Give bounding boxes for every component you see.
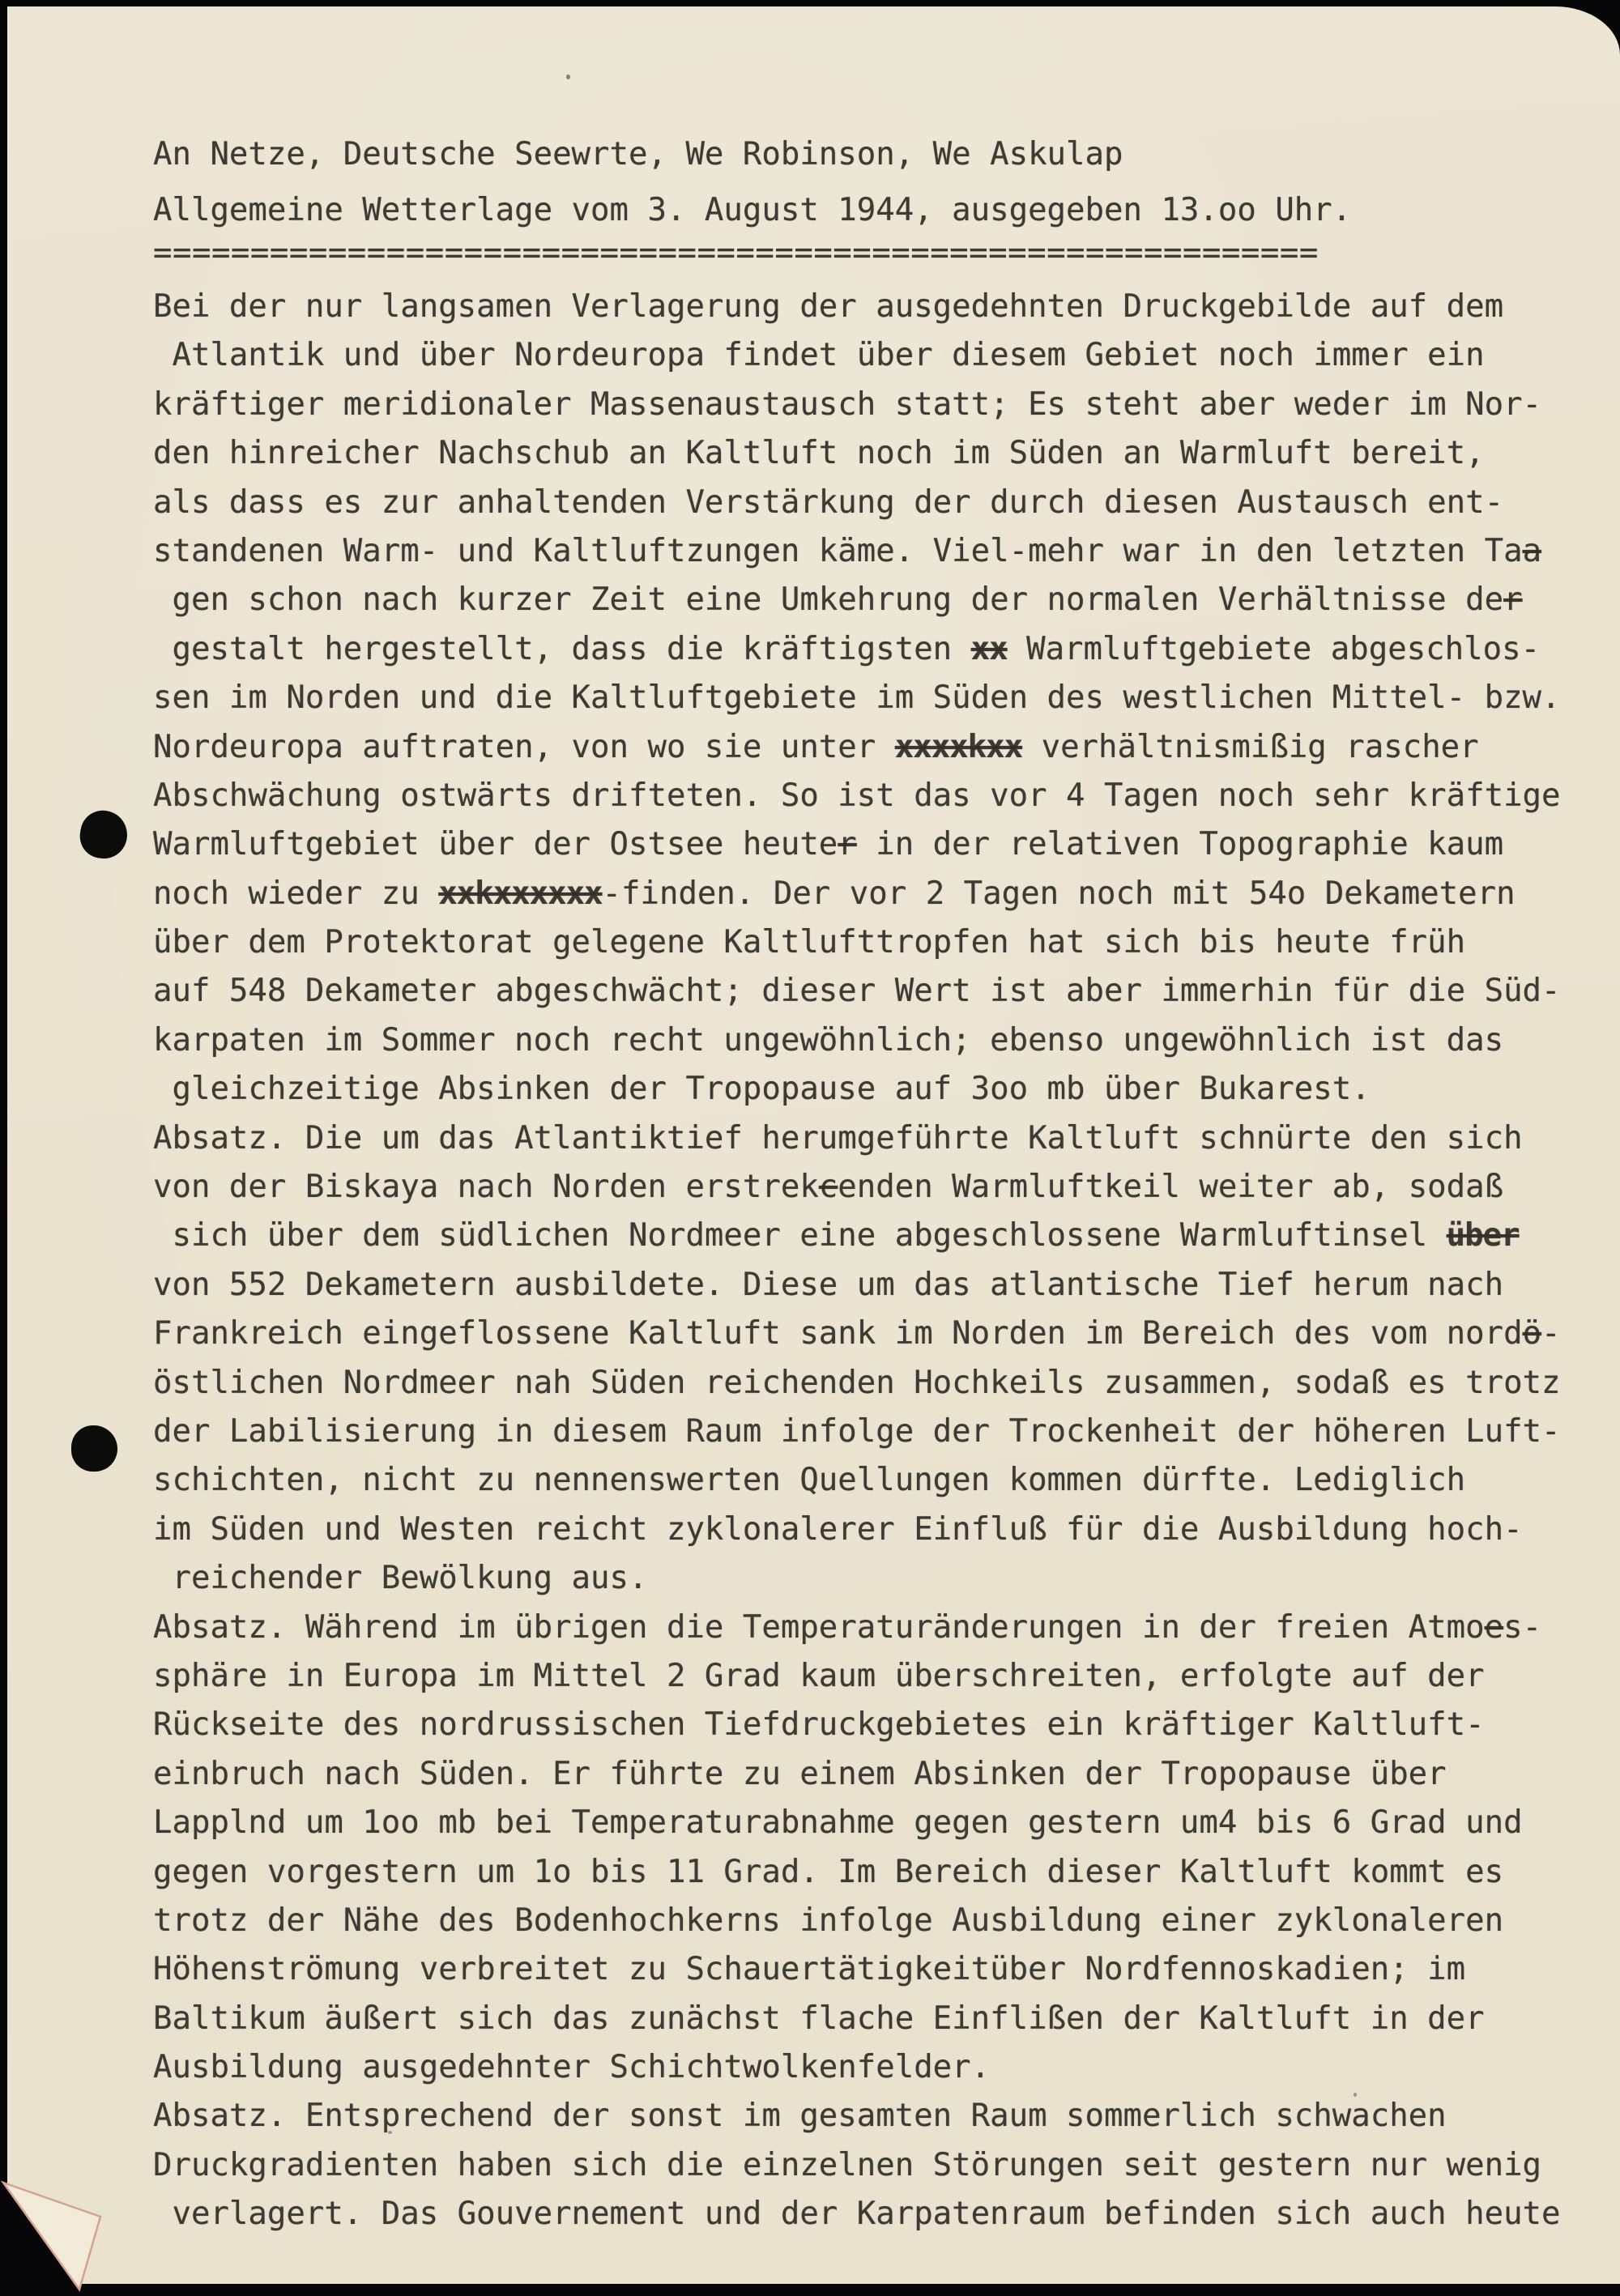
text-line: einbruch nach Süden. Er führte zu einem …	[153, 1750, 1561, 1799]
struck-text: r	[1503, 581, 1522, 618]
recipients-line: An Netze, Deutsche Seewrte, We Robinson,…	[153, 136, 1123, 173]
struck-text: xxkxxxxxx	[438, 875, 602, 912]
text-segment: gen schon nach kurzer Zeit eine Umkehrun…	[153, 581, 1503, 618]
text-segment: gleichzeitige Absinken der Tropopause au…	[153, 1071, 1371, 1107]
text-segment: sich über dem südlichen Nordmeer eine ab…	[153, 1217, 1447, 1254]
text-line: Bei der nur langsamen Verlagerung der au…	[153, 283, 1561, 331]
text-line: gen schon nach kurzer Zeit eine Umkehrun…	[153, 576, 1561, 624]
struck-text: a	[1523, 533, 1541, 569]
paper-sheet: An Netze, Deutsche Seewrte, We Robinson,…	[7, 6, 1620, 2284]
text-segment: auf 548 Dekameter abgeschwächt; dieser W…	[153, 973, 1561, 1009]
text-line: Nordeuropa auftraten, von wo sie unter x…	[153, 723, 1561, 772]
struck-text: über	[1447, 1217, 1520, 1254]
text-line: sphäre in Europa im Mittel 2 Grad kaum ü…	[153, 1652, 1561, 1701]
struck-text: r	[838, 826, 856, 863]
text-segment: verlagert. Das Gouvernement und der Karp…	[153, 2196, 1561, 2232]
text-segment: Baltikum äußert sich das zunächst flache…	[153, 2000, 1485, 2037]
text-segment: Lapplnd um 1oo mb bei Temperaturabnahme …	[153, 1804, 1523, 1841]
text-segment: Rückseite des nordrussischen Tiefdruckge…	[153, 1706, 1485, 1743]
text-segment: Absatz. Entsprechend der sonst im gesamt…	[153, 2098, 1447, 2134]
text-segment: schichten, nicht zu nennenswerten Quellu…	[153, 1462, 1465, 1498]
text-line: Absatz. Während im übrigen die Temperatu…	[153, 1604, 1561, 1652]
text-line: Baltikum äußert sich das zunächst flache…	[153, 1995, 1561, 2043]
text-segment: Warmluftgebiete abgeschlos-	[1008, 631, 1540, 667]
text-segment: Frankreich eingeflossene Kaltluft sank i…	[153, 1315, 1523, 1352]
text-line: Absatz. Die um das Atlantiktief herumgef…	[153, 1114, 1561, 1163]
struck-text: xxxxkxx	[895, 729, 1022, 765]
text-segment: Atlantik und über Nordeuropa findet über…	[153, 337, 1485, 373]
text-line: standenen Warm- und Kaltluftzungen käme.…	[153, 527, 1561, 576]
text-line: Absatz. Entsprechend der sonst im gesamt…	[153, 2092, 1561, 2141]
text-line: als dass es zur anhaltenden Verstärkung …	[153, 479, 1561, 527]
text-segment: Höhenströmung verbreitet zu Schauertätig…	[153, 1951, 1465, 1987]
struck-text: c	[819, 1169, 838, 1205]
text-line: Abschwächung ostwärts drifteten. So ist …	[153, 772, 1561, 820]
text-segment: in der relativen Topographie kaum	[857, 826, 1503, 863]
text-segment: gegen vorgestern um 1o bis 11 Grad. Im B…	[153, 1854, 1503, 1890]
text-segment: s-	[1503, 1609, 1541, 1646]
text-segment: reichender Bewölkung aus.	[153, 1560, 647, 1596]
text-line: sen im Norden und die Kaltluftgebiete im…	[153, 674, 1561, 722]
text-segment: enden Warmluftkeil weiter ab, sodaß	[838, 1169, 1503, 1205]
struck-text: xx	[971, 631, 1008, 667]
text-line: gestalt hergestellt, dass die kräftigste…	[153, 625, 1561, 674]
text-segment: Absatz. Während im übrigen die Temperatu…	[153, 1609, 1485, 1646]
text-segment: karpaten im Sommer noch recht ungewöhnli…	[153, 1022, 1503, 1059]
text-line: trotz der Nähe des Bodenhochkerns infolg…	[153, 1897, 1561, 1945]
punch-hole-bottom	[71, 1425, 117, 1472]
text-line: über dem Protektorat gelegene Kaltlufttr…	[153, 918, 1561, 967]
text-segment: kräftiger meridionaler Massenaustausch s…	[153, 386, 1541, 423]
text-segment: im Süden und Westen reicht zyklonalerer …	[153, 1511, 1523, 1548]
text-segment: der Labilisierung in diesem Raum infolge…	[153, 1413, 1561, 1450]
text-line: gleichzeitige Absinken der Tropopause au…	[153, 1065, 1561, 1114]
text-segment: trotz der Nähe des Bodenhochkerns infolg…	[153, 1902, 1503, 1939]
text-line: auf 548 Dekameter abgeschwächt; dieser W…	[153, 967, 1561, 1016]
text-line: karpaten im Sommer noch recht ungewöhnli…	[153, 1016, 1561, 1065]
document-body: Bei der nur langsamen Verlagerung der au…	[153, 283, 1561, 2239]
text-segment: noch wieder zu	[153, 875, 438, 912]
text-line: gegen vorgestern um 1o bis 11 Grad. Im B…	[153, 1848, 1561, 1897]
text-line: noch wieder zu xxkxxxxxx-finden. Der vor…	[153, 870, 1561, 918]
corner-fold-graphic	[0, 2166, 138, 2296]
text-segment: sen im Norden und die Kaltluftgebiete im…	[153, 679, 1561, 716]
text-segment: einbruch nach Süden. Er führte zu einem …	[153, 1756, 1447, 1792]
text-segment: von der Biskaya nach Norden erstrek	[153, 1169, 819, 1205]
text-line: Höhenströmung verbreitet zu Schauertätig…	[153, 1945, 1561, 1994]
text-segment: den hinreicher Nachschub an Kaltluft noc…	[153, 435, 1485, 471]
text-line: Frankreich eingeflossene Kaltluft sank i…	[153, 1310, 1561, 1358]
text-line: verlagert. Das Gouvernement und der Karp…	[153, 2190, 1561, 2238]
text-segment: gestalt hergestellt, dass die kräftigste…	[153, 631, 971, 667]
text-line: Atlantik und über Nordeuropa findet über…	[153, 331, 1561, 380]
text-line: von 552 Dekametern ausbildete. Diese um …	[153, 1261, 1561, 1310]
text-line: Druckgradienten haben sich die einzelnen…	[153, 2141, 1561, 2190]
text-segment: sphäre in Europa im Mittel 2 Grad kaum ü…	[153, 1658, 1485, 1694]
text-segment: Absatz. Die um das Atlantiktief herumgef…	[153, 1120, 1523, 1157]
text-segment: von 552 Dekametern ausbildete. Diese um …	[153, 1267, 1503, 1303]
text-segment: Bei der nur langsamen Verlagerung der au…	[153, 288, 1503, 325]
text-line: kräftiger meridionaler Massenaustausch s…	[153, 381, 1561, 429]
text-line: östlichen Nordmeer nah Süden reichenden …	[153, 1359, 1561, 1408]
title-line: Allgemeine Wetterlage vom 3. August 1944…	[153, 192, 1351, 228]
text-segment: östlichen Nordmeer nah Süden reichenden …	[153, 1365, 1561, 1401]
text-line: Rückseite des nordrussischen Tiefdruckge…	[153, 1701, 1561, 1749]
text-segment: Abschwächung ostwärts drifteten. So ist …	[153, 777, 1561, 814]
text-segment: Warmluftgebiet über der Ostsee heute	[153, 826, 838, 863]
text-segment: Nordeuropa auftraten, von wo sie unter	[153, 729, 895, 765]
struck-text: e	[1485, 1609, 1503, 1646]
scanned-document-screenshot: { "colors": { "scan_background": "#07070…	[0, 0, 1620, 2296]
text-segment: Druckgradienten haben sich die einzelnen…	[153, 2147, 1541, 2183]
text-segment: -	[1541, 1315, 1560, 1352]
text-line: Warmluftgebiet über der Ostsee heuter in…	[153, 820, 1561, 869]
punch-hole-top	[77, 807, 130, 861]
text-segment: Ausbildung ausgedehnter Schichtwolkenfel…	[153, 2049, 990, 2085]
text-line: Lapplnd um 1oo mb bei Temperaturabnahme …	[153, 1799, 1561, 1847]
text-segment: als dass es zur anhaltenden Verstärkung …	[153, 484, 1503, 521]
paper-speck	[566, 75, 570, 79]
text-line: den hinreicher Nachschub an Kaltluft noc…	[153, 429, 1561, 478]
text-line: Ausbildung ausgedehnter Schichtwolkenfel…	[153, 2043, 1561, 2092]
text-line: sich über dem südlichen Nordmeer eine ab…	[153, 1212, 1561, 1260]
separator-line: ========================================…	[153, 235, 1319, 271]
text-segment: über dem Protektorat gelegene Kaltlufttr…	[153, 924, 1465, 961]
text-segment: -finden. Der vor 2 Tagen noch mit 54o De…	[603, 875, 1516, 912]
text-line: von der Biskaya nach Norden erstrekcende…	[153, 1163, 1561, 1212]
text-segment: standenen Warm- und Kaltluftzungen käme.…	[153, 533, 1523, 569]
text-line: im Süden und Westen reicht zyklonalerer …	[153, 1506, 1561, 1554]
text-line: der Labilisierung in diesem Raum infolge…	[153, 1408, 1561, 1456]
text-line: reichender Bewölkung aus.	[153, 1554, 1561, 1603]
struck-text: ö	[1523, 1315, 1541, 1352]
text-line: schichten, nicht zu nennenswerten Quellu…	[153, 1456, 1561, 1505]
text-segment: verhältnismißig rascher	[1022, 729, 1479, 765]
